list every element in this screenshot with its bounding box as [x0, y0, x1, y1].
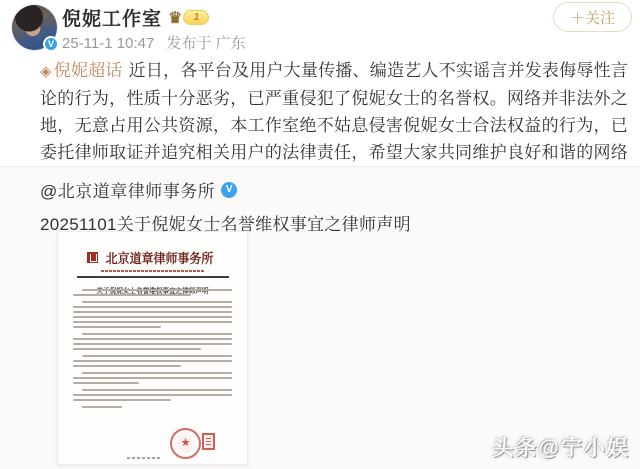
law-firm-logo-icon: [87, 252, 98, 263]
crown-icon: ♛: [168, 8, 182, 28]
social-post-screen: V 倪妮工作室 ♛ 1 25-11-1 10:47 发布于 广东 ＋关注 ◈倪妮…: [0, 0, 640, 469]
document-paragraph: [73, 372, 232, 384]
document-paragraph: [73, 406, 232, 408]
document-body-lines: [73, 289, 232, 413]
seal-star-icon: ★: [181, 438, 191, 449]
supertopic-icon: ◈: [40, 63, 52, 80]
posted-location: 发布于 广东: [166, 35, 245, 52]
document-paragraph: [73, 301, 232, 328]
post-meta: 25-11-1 10:47 发布于 广东: [62, 32, 254, 53]
quoted-account-row: @北京道章律师事务所 V: [40, 177, 625, 202]
document-page-footer: [58, 457, 229, 460]
verified-icon: V: [221, 182, 237, 198]
document-paragraph: [73, 355, 232, 367]
official-seal-icon: ★: [170, 428, 201, 459]
quoted-post-card[interactable]: @北京道章律师事务所 V 20251101关于倪妮女士名誉维权事宜之律师声明 北…: [0, 166, 640, 469]
name-stamp-icon: [202, 433, 215, 450]
letterhead-rule: [77, 276, 229, 278]
document-letterhead: 北京道章律师事务所: [58, 248, 247, 267]
vip-level-badge: 1: [183, 10, 209, 25]
quoted-account-link[interactable]: @北京道章律师事务所: [40, 177, 215, 202]
post-header: V 倪妮工作室 ♛ 1 25-11-1 10:47 发布于 广东 ＋关注: [12, 4, 632, 54]
username[interactable]: 倪妮工作室: [62, 4, 162, 31]
watermark: 头条@宁小娱: [493, 432, 630, 462]
document-paragraph: [73, 389, 232, 401]
timestamp: 25-11-1 10:47: [62, 35, 154, 52]
username-row: 倪妮工作室 ♛ 1: [62, 4, 209, 31]
letterhead-subline: [101, 270, 205, 272]
follow-button[interactable]: ＋关注: [553, 2, 632, 32]
supertopic-link[interactable]: 倪妮超话: [54, 61, 123, 80]
attached-document-image[interactable]: 北京道章律师事务所 关于倪妮女士名誉维权事宜之律师声明 ★: [57, 231, 248, 465]
verified-icon: V: [43, 36, 59, 52]
document-paragraph: [73, 333, 232, 350]
law-firm-name: 北京道章律师事务所: [106, 248, 214, 267]
document-paragraph: [73, 289, 232, 296]
avatar[interactable]: V: [12, 5, 57, 50]
